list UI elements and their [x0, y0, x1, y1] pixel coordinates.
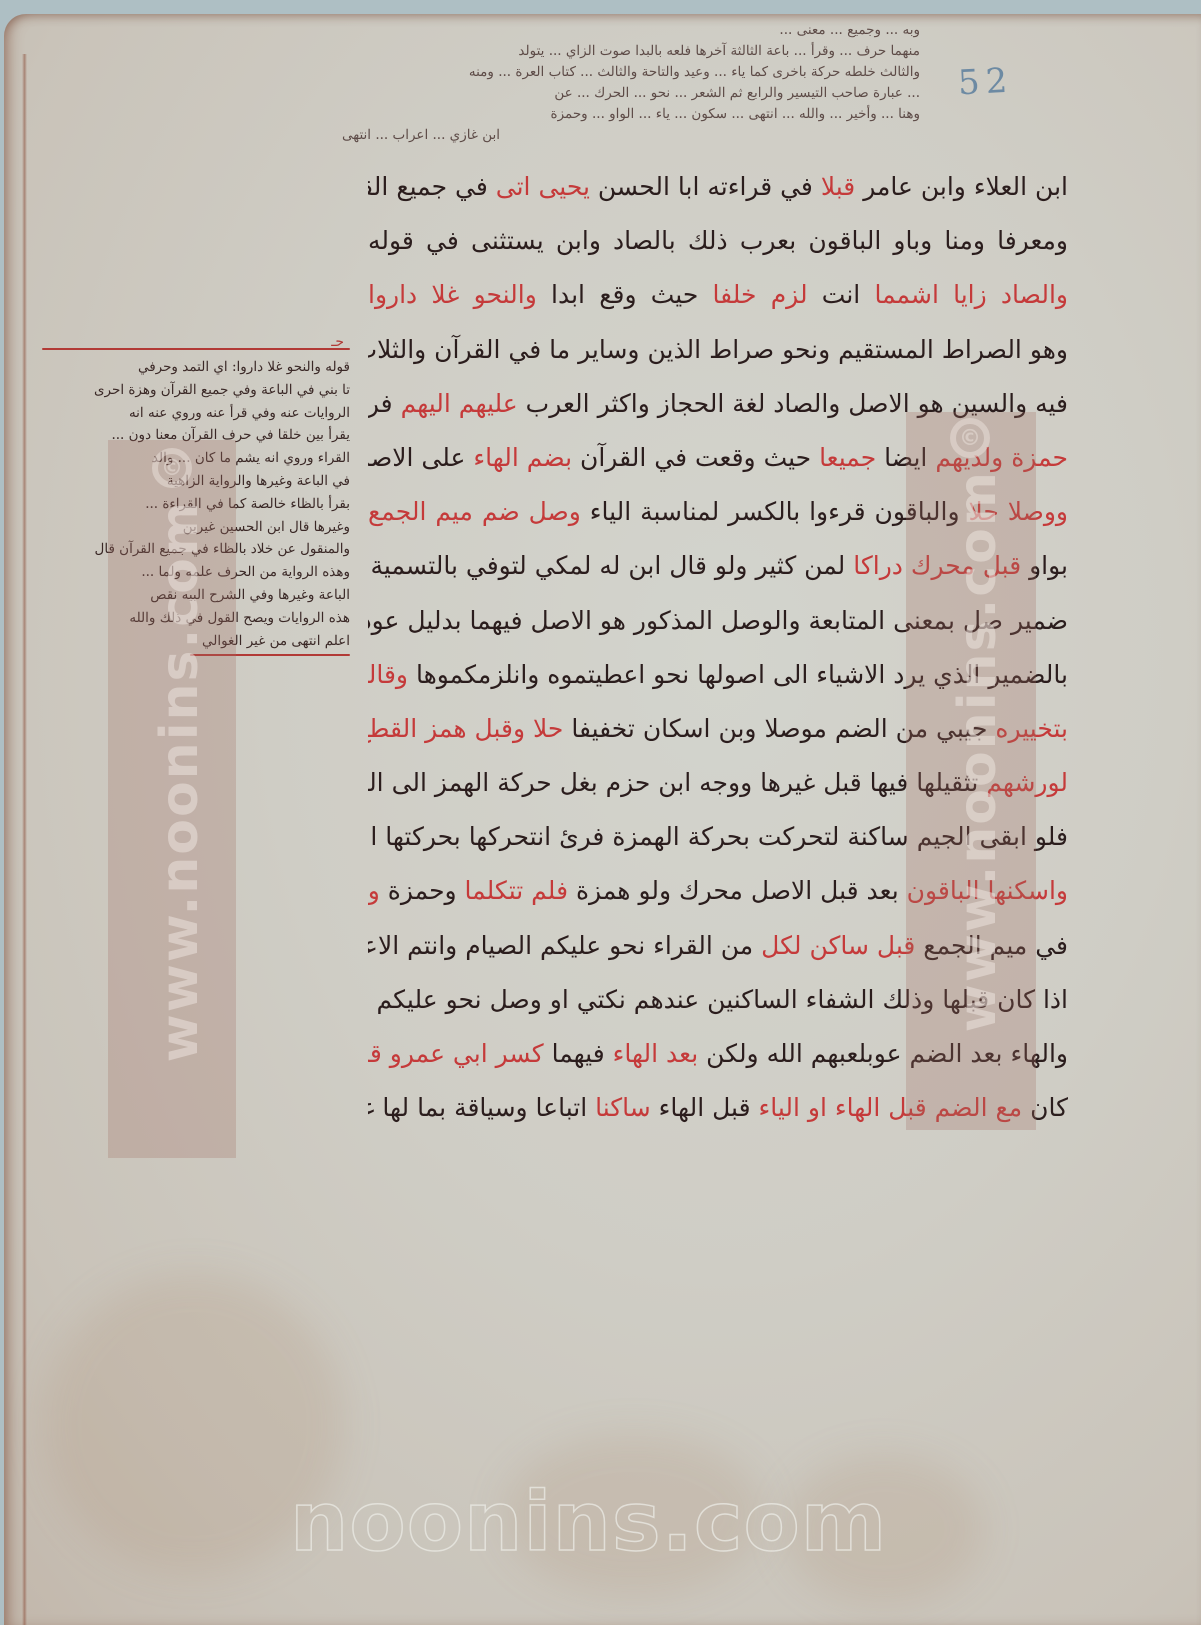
text-line: ابن العلاء وابن عامر قبلا في قراءته ابا …	[368, 160, 1068, 214]
note-line: وبه ... وجميع ... معنى ...	[40, 20, 920, 41]
margin-line: الروايات عنه وفي قرأ عنه وروي عنه انه	[42, 402, 350, 425]
watermark-right: www.noonins.com	[948, 470, 1008, 1032]
page-edge-stain	[22, 54, 27, 1625]
rubric-word: وصل ضم ميم الجمع	[368, 497, 581, 526]
watermark-bottom: noonins.com	[290, 1475, 887, 1570]
rubric-word: والصاد زايا اشمما	[874, 280, 1068, 309]
margin-line: تا بني في الباعة وفي جميع القرآن وهزة اح…	[42, 379, 350, 402]
rubric-word: وكذا	[368, 876, 380, 905]
rubric-word: قبل ساكن لكل	[761, 931, 915, 960]
note-line: وهنا ... وأخير ... والله ... انتهى ... س…	[40, 104, 920, 125]
rubric-word: جميعا	[819, 443, 876, 472]
copyright-icon: ©	[152, 448, 192, 488]
red-rule-top	[42, 348, 350, 350]
rubric-word: كسر ابي عمرو قبل العلا	[368, 1039, 544, 1068]
rubric-word: قبلا	[821, 172, 855, 201]
rubric-word: لزم خلفا	[713, 280, 808, 309]
note-line: ابن غازي ... اعراب ... انتهى	[40, 125, 920, 146]
folio-number: 52	[957, 61, 1014, 104]
text-line: وهو الصراط المستقيم ونحو صراط الذين وساي…	[368, 323, 1068, 377]
rubric-word: عليهم اليهم	[401, 389, 518, 418]
rubric-word: بضم الهاء	[473, 443, 572, 472]
copyright-icon: ©	[950, 418, 990, 458]
margin-header-mark: حـ	[331, 334, 344, 350]
rubric-word: بعد الهاء	[613, 1039, 699, 1068]
rubric-word: ساكنا	[595, 1093, 651, 1122]
note-line: والثالث خلطه حركة باخرى كما ياء ... وعيد…	[40, 62, 920, 83]
rubric-word: يحيى اتى	[496, 172, 590, 201]
rubric-word: حلا وقبل همز القطع صلها	[368, 714, 563, 743]
text-line: والصاد زايا اشمما انت لزم خلفا حيث وقع ا…	[368, 268, 1068, 322]
rubric-word: وقالون	[368, 660, 408, 689]
rubric-word: فلم تتكلما	[465, 876, 568, 905]
watermark-left: www.noonins.com	[150, 500, 210, 1062]
note-line: ... عبارة صاحب التيسير والرابع ثم الشعر …	[40, 83, 920, 104]
rubric-word: والنحو غلا داروا	[368, 280, 537, 309]
margin-line: قوله والنحو غلا داروا: اي التمد وحرفي	[42, 356, 350, 379]
note-line: منهما حرف ... وقرأ ... باعة الثالثة آخره…	[40, 41, 920, 62]
text-line: ومعرفا ومنا وباو الباقون بعرب ذلك بالصاد…	[368, 214, 1068, 268]
top-marginal-notes: وبه ... وجميع ... معنى ... منهما حرف ...…	[40, 20, 920, 146]
